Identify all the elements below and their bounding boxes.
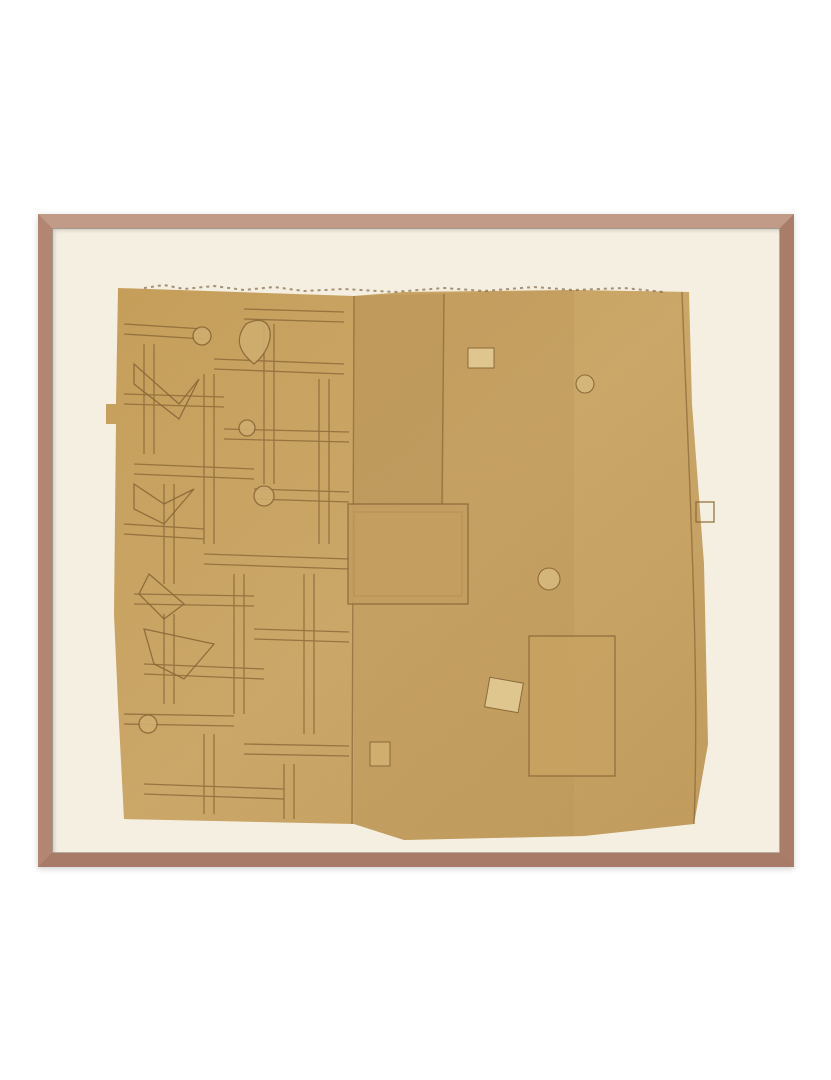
textile-artwork [104,284,734,844]
kuba-cloth-textile [104,284,734,844]
